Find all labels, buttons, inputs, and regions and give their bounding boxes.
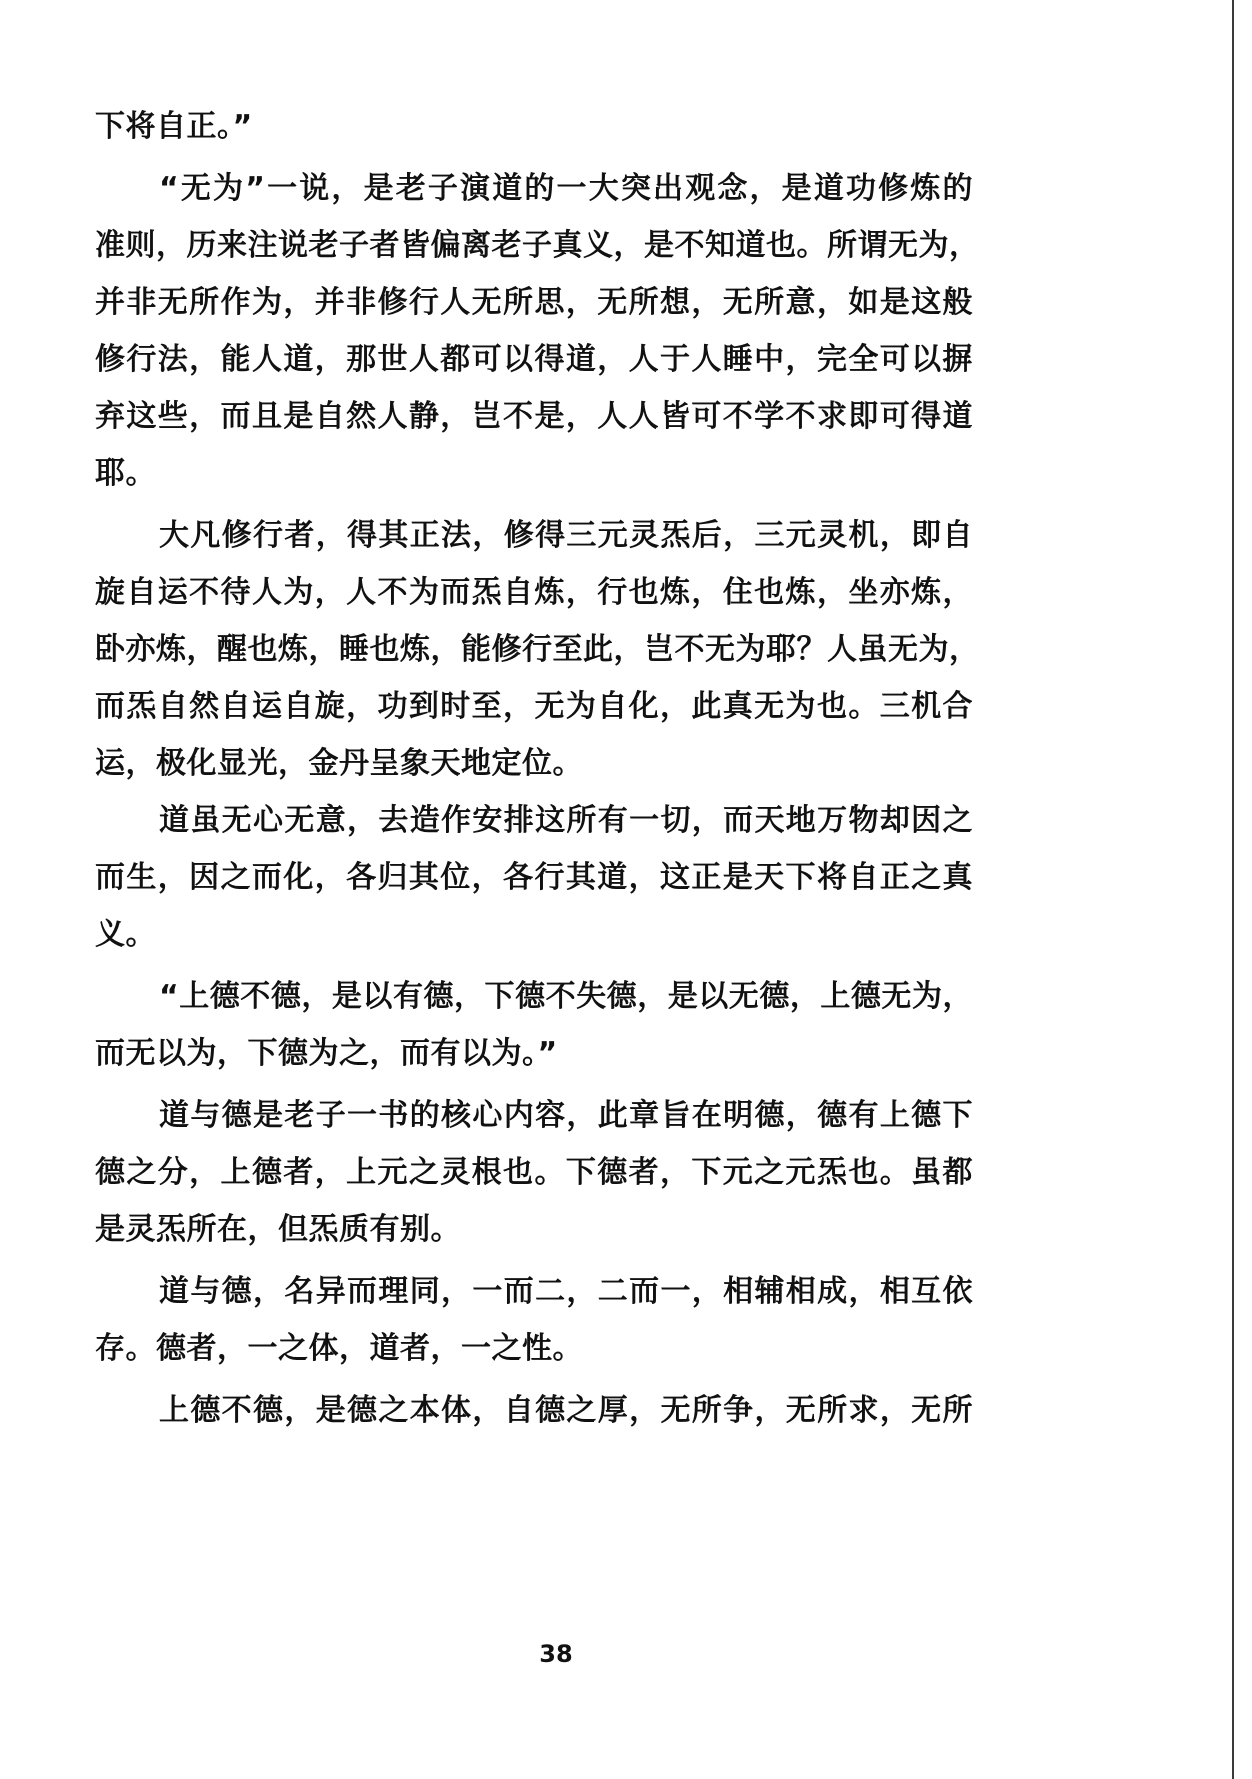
text-line: 卧亦炼，醒也炼，睡也炼，能修行至此，岂不无为耶？人虽无为， <box>95 621 973 678</box>
text-line: 德之分，上德者，上元之灵根也。下德者，下元之元炁也。虽都 <box>95 1144 973 1201</box>
text-line: 道与德，名异而理同，一而二，二而一，相辅相成，相互依 <box>95 1263 973 1320</box>
text-line: 耶。 <box>95 445 973 502</box>
text-line: 而生，因之而化，各归其位，各行其道，这正是天下将自正之真 <box>95 849 973 906</box>
text-line: 下将自正。” <box>95 98 973 155</box>
text-line: 并非无所作为，并非修行人无所思，无所想，无所意，如是这般 <box>95 274 973 331</box>
text-line: 准则，历来注说老子者皆偏离老子真义，是不知道也。所谓无为， <box>95 217 973 274</box>
text-line: 是灵炁所在，但炁质有别。 <box>95 1201 973 1258</box>
text-line: 运，极化显光，金丹呈象天地定位。 <box>95 735 973 792</box>
scan-speck <box>608 822 611 825</box>
body-text: 下将自正。” “无为”一说，是老子演道的一大突出观念，是道功修炼的 准则，历来注… <box>95 98 973 1439</box>
text-line: 而无以为，下德为之，而有以为。” <box>95 1025 973 1082</box>
text-line: 大凡修行者，得其正法，修得三元灵炁后，三元灵机，即自 <box>95 507 973 564</box>
page-number: 38 <box>0 1640 1252 1668</box>
text-line: 道虽无心无意，去造作安排这所有一切，而天地万物却因之 <box>95 792 973 849</box>
text-line: 而炁自然自运自旋，功到时至，无为自化，此真无为也。三机合 <box>95 678 973 735</box>
scan-speck <box>522 1416 525 1419</box>
text-line: “上德不德，是以有德，下德不失德，是以无德，上德无为， <box>95 968 973 1025</box>
text-line: 义。 <box>95 906 973 963</box>
text-line: 道与德是老子一书的核心内容，此章旨在明德，德有上德下 <box>95 1087 973 1144</box>
text-line: 旋自运不待人为，人不为而炁自炼，行也炼，住也炼，坐亦炼， <box>95 564 973 621</box>
text-line: 弃这些，而且是自然人静，岂不是，人人皆可不学不求即可得道 <box>95 388 973 445</box>
page-edge-line <box>1232 0 1234 1779</box>
scanned-book-page: 下将自正。” “无为”一说，是老子演道的一大突出观念，是道功修炼的 准则，历来注… <box>0 0 1252 1779</box>
text-line: 存。德者，一之体，道者，一之性。 <box>95 1320 973 1377</box>
text-line: 修行法，能人道，那世人都可以得道，人于人睡中，完全可以摒 <box>95 331 973 388</box>
text-line: “无为”一说，是老子演道的一大突出观念，是道功修炼的 <box>95 160 973 217</box>
text-line: 上德不德，是德之本体，自德之厚，无所争，无所求，无所 <box>95 1382 973 1439</box>
